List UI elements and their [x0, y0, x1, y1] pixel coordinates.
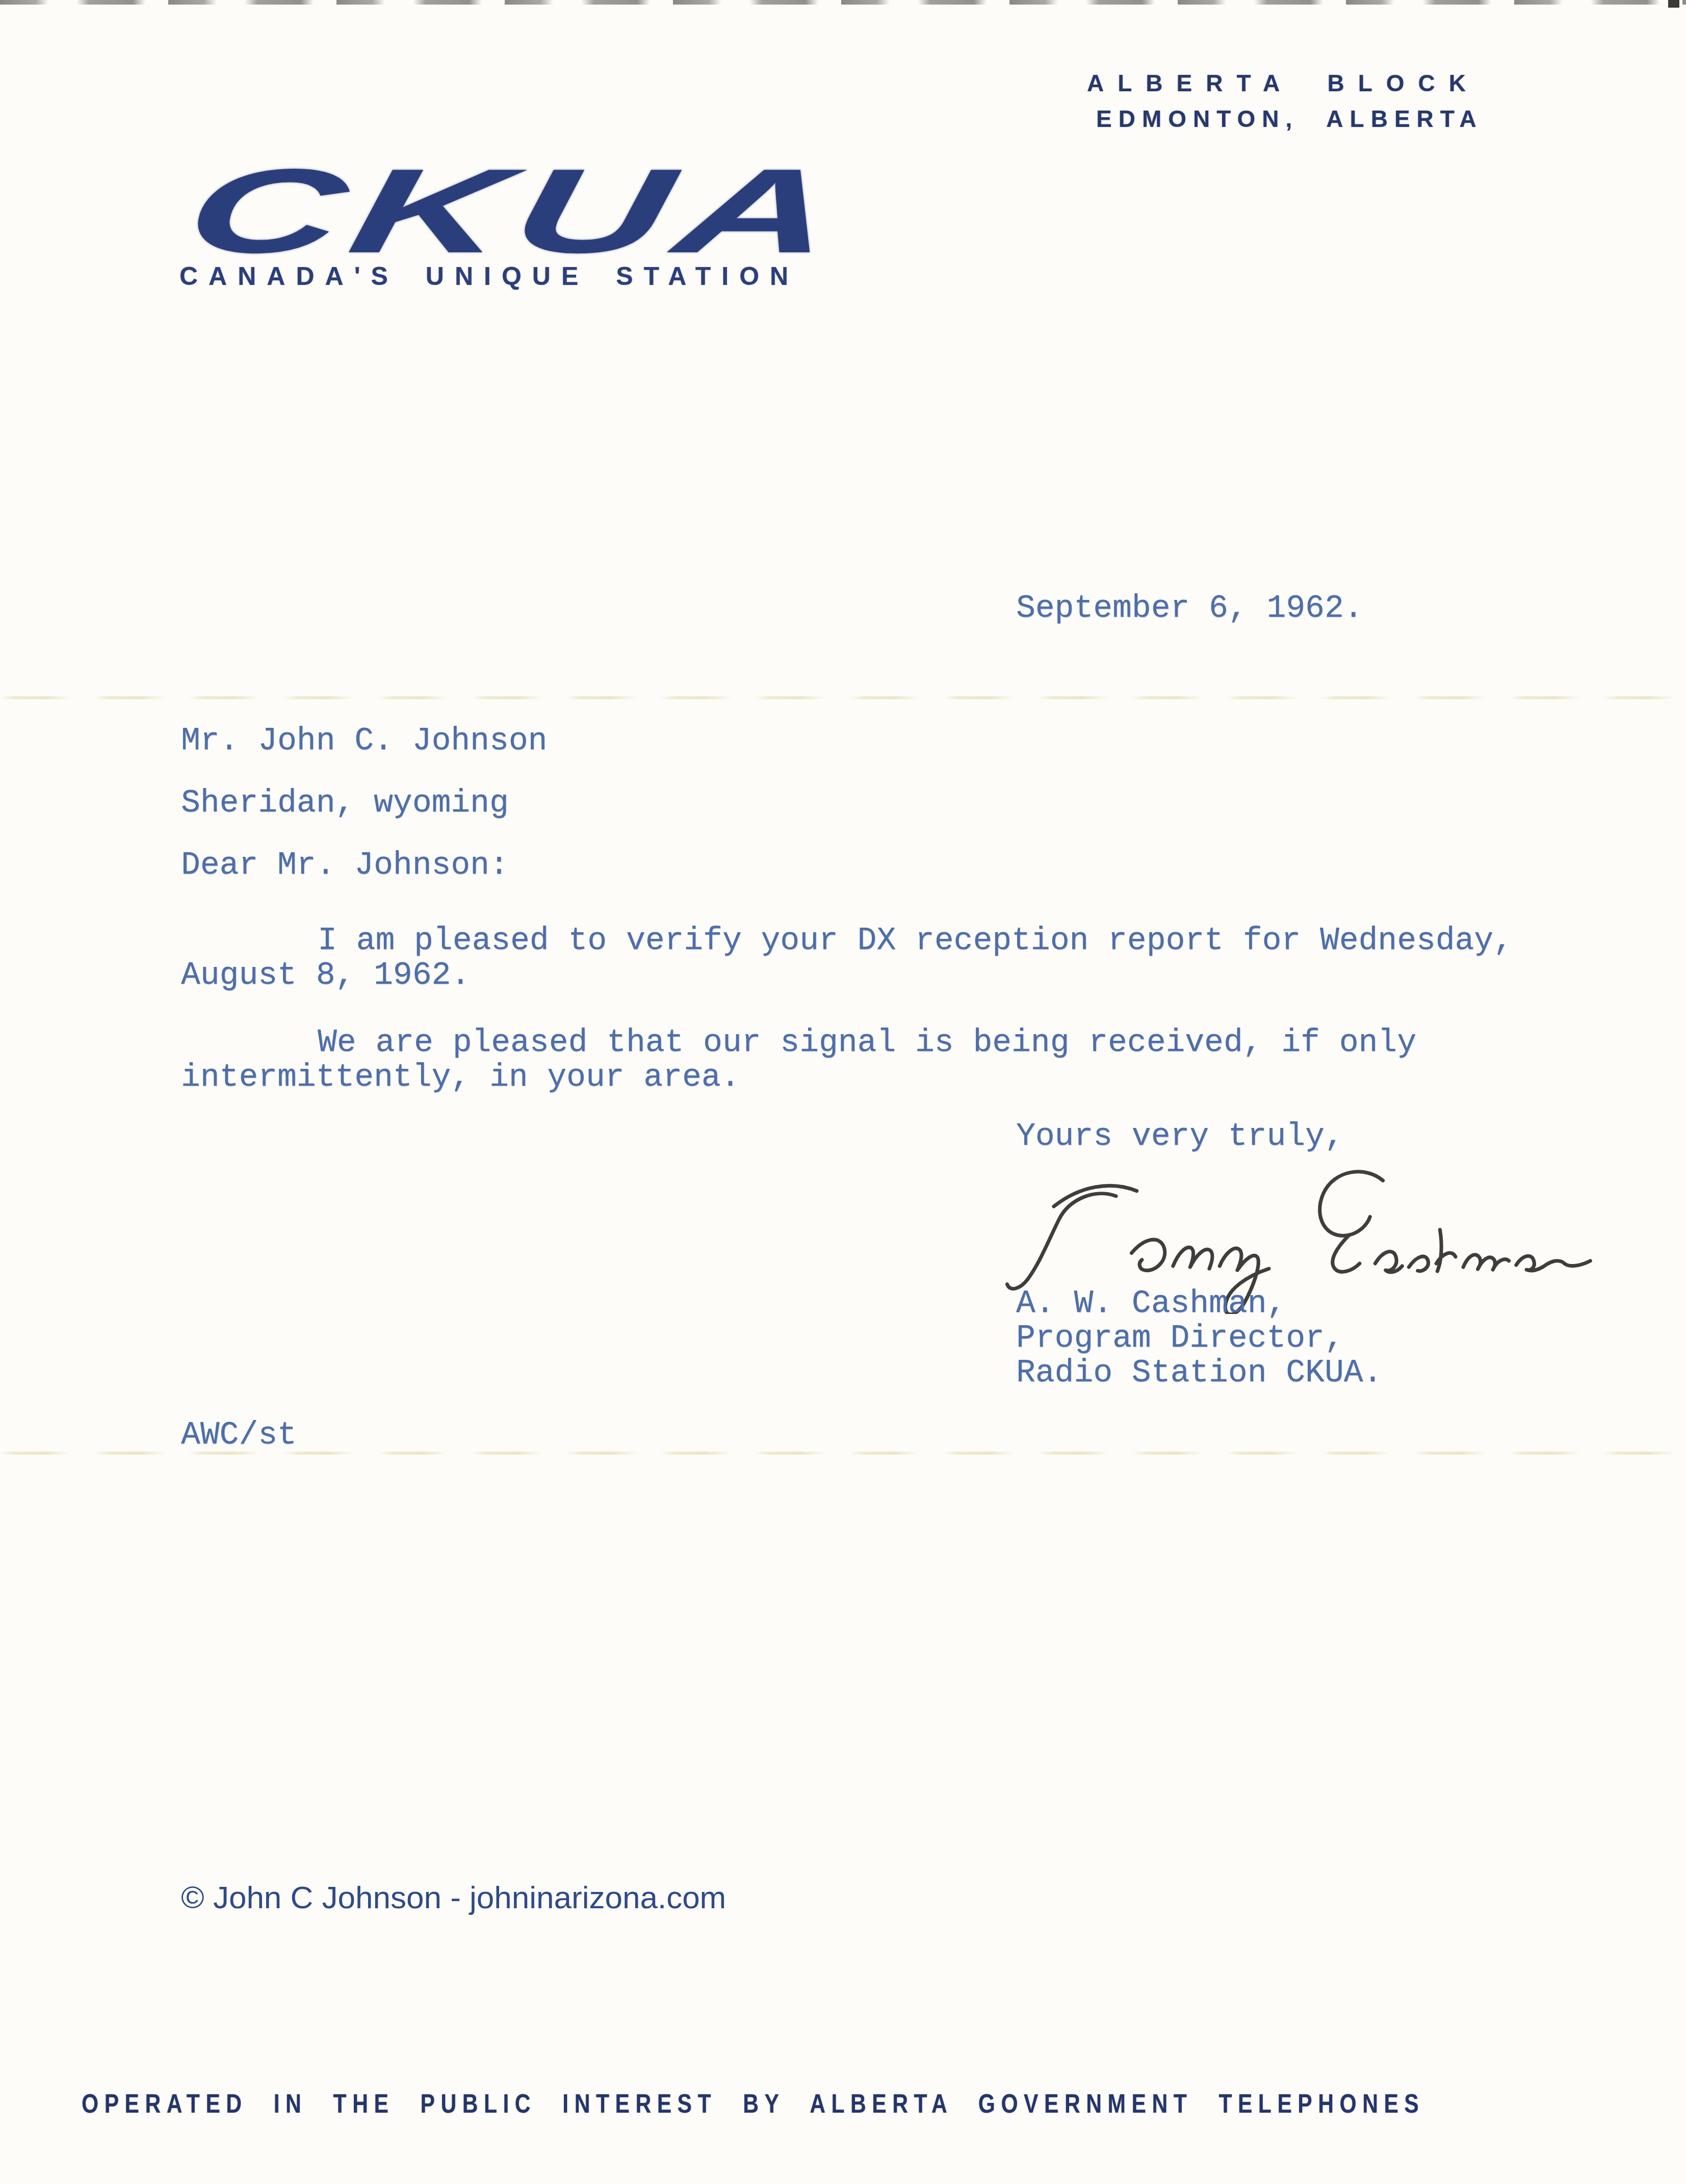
scan-corner-mark [1668, 0, 1679, 8]
signer-title: Program Director, [1016, 1321, 1344, 1356]
recipient-name: Mr. John C. Johnson [181, 724, 547, 758]
letter-date: September 6, 1962. [1016, 591, 1363, 626]
body-paragraph1-line2: August 8, 1962. [181, 958, 470, 993]
recipient-city: Sheridan, wyoming [181, 786, 509, 821]
letterhead-address-line2: EDMONTON, ALBERTA [1096, 105, 1483, 133]
paper-fold-crease-top [0, 696, 1686, 699]
signer-name: A. W. Cashman, [1016, 1286, 1286, 1321]
letterhead-address-line1: ALBERTA BLOCK [1087, 69, 1480, 97]
signer-organization: Radio Station CKUA. [1016, 1356, 1382, 1390]
scanned-letter-page: ALBERTA BLOCK EDMONTON, ALBERTA CKUA CAN… [0, 0, 1686, 2184]
ckua-logo-tagline: CANADA'S UNIQUE STATION [179, 261, 799, 291]
closing: Yours very truly, [1016, 1119, 1344, 1154]
footer-slogan: OPERATED IN THE PUBLIC INTEREST BY ALBER… [82, 2089, 1424, 2119]
salutation: Dear Mr. Johnson: [181, 848, 509, 883]
copyright-watermark: © John C Johnson - johninarizona.com [181, 1880, 726, 1916]
body-paragraph2-line2: intermittently, in your area. [181, 1060, 740, 1095]
body-paragraph2-line1: We are pleased that our signal is being … [318, 1025, 1416, 1060]
ckua-logo: CKUA [178, 151, 853, 271]
reference-initials: AWC/st [181, 1418, 297, 1453]
body-paragraph1-line1: I am pleased to verify your DX reception… [318, 924, 1513, 958]
scan-edge-artifact [0, 0, 1686, 5]
